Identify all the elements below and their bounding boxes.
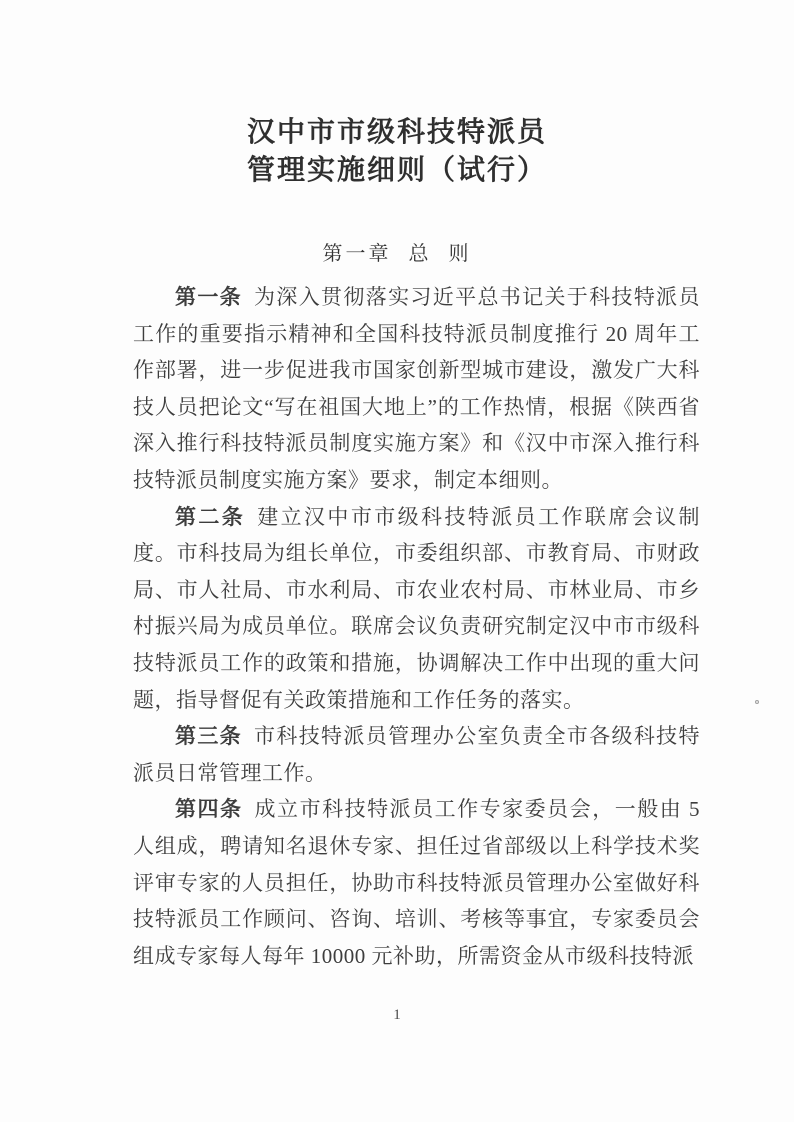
paragraph-article-4: 第四条成立市科技特派员工作专家委员会，一般由 5 人组成，聘请知名退休专家、担任… <box>133 791 700 974</box>
paragraph-article-3: 第三条市科技特派员管理办公室负责全市各级科技特派员日常管理工作。 <box>133 718 700 791</box>
document-title: 汉中市市级科技特派员 管理实施细则（试行） <box>0 114 794 190</box>
article-2-label: 第二条 <box>175 505 245 529</box>
paragraph-article-1: 第一条为深入贯彻落实习近平总书记关于科技特派员工作的重要指示精神和全国科技特派员… <box>133 279 700 499</box>
document-page: 汉中市市级科技特派员 管理实施细则（试行） 第一章 总 则 第一条为深入贯彻落实… <box>0 0 794 1122</box>
article-4-text: 成立市科技特派员工作专家委员会，一般由 5 人组成，聘请知名退休专家、担任过省部… <box>133 797 700 967</box>
article-1-text: 为深入贯彻落实习近平总书记关于科技特派员工作的重要指示精神和全国科技特派员制度推… <box>133 285 700 492</box>
article-1-label: 第一条 <box>175 285 242 309</box>
article-3-label: 第三条 <box>175 724 242 748</box>
chapter-heading: 第一章 总 则 <box>0 241 794 267</box>
page-number: 1 <box>0 1005 794 1025</box>
document-body: 第一条为深入贯彻落实习近平总书记关于科技特派员工作的重要指示精神和全国科技特派员… <box>133 279 700 974</box>
document-title-line-2: 管理实施细则（试行） <box>0 152 794 190</box>
document-title-line-1: 汉中市市级科技特派员 <box>0 114 794 152</box>
article-2-text: 建立汉中市市级科技特派员工作联席会议制度。市科技局为组长单位，市委组织部、市教育… <box>133 505 700 712</box>
paragraph-article-2: 第二条建立汉中市市级科技特派员工作联席会议制度。市科技局为组长单位，市委组织部、… <box>133 499 700 719</box>
article-4-label: 第四条 <box>175 797 243 821</box>
scan-artifact-dot <box>755 700 759 704</box>
